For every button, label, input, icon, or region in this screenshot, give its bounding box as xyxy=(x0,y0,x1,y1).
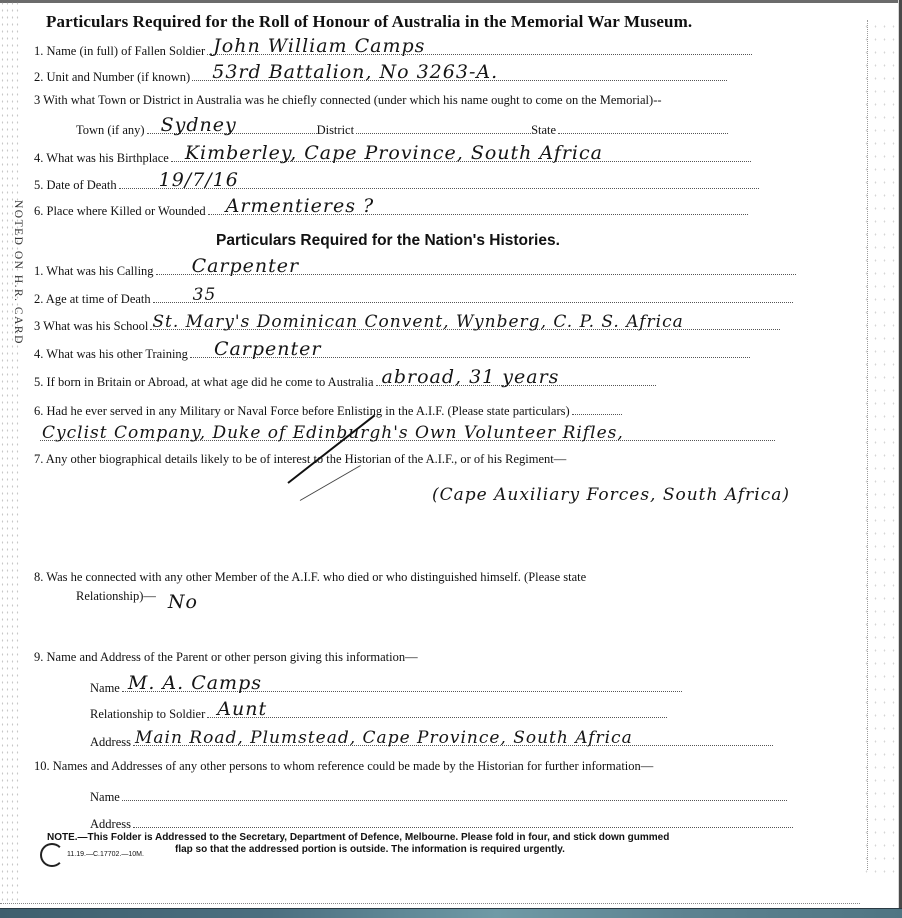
taskbar-strip xyxy=(0,908,902,918)
field-label: 6. Place where Killed or Wounded xyxy=(34,204,206,219)
field-label: 6. Had he ever served in any Military or… xyxy=(34,404,570,419)
field-label: 2. Age at time of Death xyxy=(34,292,151,307)
field-line: M. A. Camps xyxy=(122,677,682,692)
field-line xyxy=(122,786,787,801)
field-prior-service: 6. Had he ever served in any Military or… xyxy=(34,400,622,419)
handwritten-town: Sydney xyxy=(161,114,237,136)
field-label: 2. Unit and Number (if known) xyxy=(34,70,190,85)
field-calling: 1. What was his Calling Carpenter xyxy=(34,260,796,279)
handwritten-value: St. Mary's Dominican Convent, Wynberg, C… xyxy=(152,312,683,332)
field-other-persons-heading: 10. Names and Addresses of any other per… xyxy=(34,759,653,774)
handwritten-value: (Cape Auxiliary Forces, South Africa) xyxy=(432,485,790,505)
field-label: 4. What was his Birthplace xyxy=(34,151,169,166)
field-label: 10. Names and Addresses of any other per… xyxy=(34,759,653,774)
field-town-district-question: 3 With what Town or District in Australi… xyxy=(34,93,662,108)
field-informant-address: Address Main Road, Plumstead, Cape Provi… xyxy=(90,731,773,750)
field-label: Relationship)— xyxy=(76,589,156,604)
field-birthplace: 4. What was his Birthplace Kimberley, Ca… xyxy=(34,147,751,166)
field-line: Cyclist Company, Duke of Edinburgh's Own… xyxy=(40,426,775,441)
field-informant-heading: 9. Name and Address of the Parent or oth… xyxy=(34,650,418,665)
field-informant-relationship: Relationship to Soldier Aunt xyxy=(90,703,667,722)
noted-on-hr-card-stamp: NOTED ON H.R. CARD xyxy=(12,200,24,345)
field-date-of-death: 5. Date of Death 19/7/16 xyxy=(34,174,759,193)
field-other-training: 4. What was his other Training Carpenter xyxy=(34,343,750,362)
field-biographical-answer: (Cape Auxiliary Forces, South Africa) xyxy=(432,485,790,505)
field-label: 1. What was his Calling xyxy=(34,264,154,279)
field-line: St. Mary's Dominican Convent, Wynberg, C… xyxy=(150,315,780,330)
field-line: Carpenter xyxy=(156,260,796,275)
section-title: Particulars Required for the Nation's Hi… xyxy=(216,232,560,250)
field-age-came-to-australia: 5. If born in Britain or Abroad, at what… xyxy=(34,371,656,390)
field-line: Armentieres ? xyxy=(208,200,748,215)
field-label: 9. Name and Address of the Parent or oth… xyxy=(34,650,418,665)
field-line: Kimberley, Cape Province, South Africa xyxy=(171,147,751,162)
field-line: 35 xyxy=(153,288,793,303)
field-label: 7. Any other biographical details likely… xyxy=(34,452,566,467)
stamp-mark-icon xyxy=(40,843,64,867)
scan-noise-left xyxy=(0,0,20,905)
handwritten-value: Main Road, Plumstead, Cape Province, Sou… xyxy=(135,728,633,748)
field-label: 5. If born in Britain or Abroad, at what… xyxy=(34,375,374,390)
note-line-1: NOTE.—This Folder is Addressed to the Se… xyxy=(47,832,669,843)
field-line xyxy=(133,813,793,828)
fold-line xyxy=(867,20,868,870)
field-age-at-death: 2. Age at time of Death 35 xyxy=(34,288,793,307)
field-line: abroad, 31 years xyxy=(376,371,656,386)
field-line: Main Road, Plumstead, Cape Province, Sou… xyxy=(133,731,773,746)
handwritten-value: abroad, 31 years xyxy=(382,366,560,388)
field-other-name: Name xyxy=(90,786,787,805)
handwritten-value: Cyclist Company, Duke of Edinburgh's Own… xyxy=(42,423,624,443)
handwritten-value: Carpenter xyxy=(214,338,322,360)
field-biographical-details: 7. Any other biographical details likely… xyxy=(34,452,566,467)
field-name: 1. Name (in full) of Fallen Soldier John… xyxy=(34,40,752,59)
field-line: 53rd Battalion, No 3263-A. xyxy=(192,66,727,81)
field-label: Address xyxy=(90,735,131,750)
field-school: 3 What was his School St. Mary's Dominic… xyxy=(34,315,780,334)
field-line: 19/7/16 xyxy=(119,174,759,189)
window-top-border xyxy=(0,0,902,3)
district-label: District xyxy=(317,123,355,138)
field-label: 1. Name (in full) of Fallen Soldier xyxy=(34,44,205,59)
field-relationship-cont: Relationship)— No xyxy=(76,583,186,605)
field-unit: 2. Unit and Number (if known) 53rd Batta… xyxy=(34,66,727,85)
field-label: Name xyxy=(90,681,120,696)
town-label: Town (if any) xyxy=(76,123,145,138)
handwritten-value: Kimberley, Cape Province, South Africa xyxy=(185,142,603,164)
field-label: 4. What was his other Training xyxy=(34,347,188,362)
field-line xyxy=(572,400,622,415)
handwritten-value: M. A. Camps xyxy=(128,672,262,694)
handwritten-value: Carpenter xyxy=(192,255,300,277)
print-code: 11.19.—C.17702.—10M. xyxy=(67,851,144,858)
field-label: Relationship to Soldier xyxy=(90,707,205,722)
form-title: Particulars Required for the Roll of Hon… xyxy=(46,12,692,32)
field-label: Address xyxy=(90,817,131,832)
field-prior-service-answer: Cyclist Company, Duke of Edinburgh's Own… xyxy=(40,426,775,441)
town-line: Sydney xyxy=(147,119,317,134)
handwritten-value: 19/7/16 xyxy=(159,169,239,191)
page-edge xyxy=(0,903,860,904)
field-label: 5. Date of Death xyxy=(34,178,117,193)
field-place-killed: 6. Place where Killed or Wounded Armenti… xyxy=(34,200,748,219)
field-line: Aunt xyxy=(207,703,667,718)
handwritten-value: Armentieres ? xyxy=(226,195,375,217)
field-line: Carpenter xyxy=(190,343,750,358)
state-label: State xyxy=(531,123,556,138)
handwritten-value: John William Camps xyxy=(213,35,425,57)
district-line xyxy=(356,119,531,134)
field-label: 3 With what Town or District in Australi… xyxy=(34,93,662,108)
field-label: Name xyxy=(90,790,120,805)
handwritten-value: 35 xyxy=(193,285,217,305)
field-town-row: Town (if any) Sydney District State xyxy=(76,119,728,138)
handwritten-value: No xyxy=(168,591,198,613)
handwritten-value: 53rd Battalion, No 3263-A. xyxy=(212,61,498,83)
state-line xyxy=(558,119,728,134)
field-informant-name: Name M. A. Camps xyxy=(90,677,682,696)
field-other-address: Address xyxy=(90,813,793,832)
pen-stroke xyxy=(300,465,361,501)
field-label: 3 What was his School xyxy=(34,319,148,334)
handwritten-value: Aunt xyxy=(217,698,267,720)
field-line: John William Camps xyxy=(207,40,752,55)
